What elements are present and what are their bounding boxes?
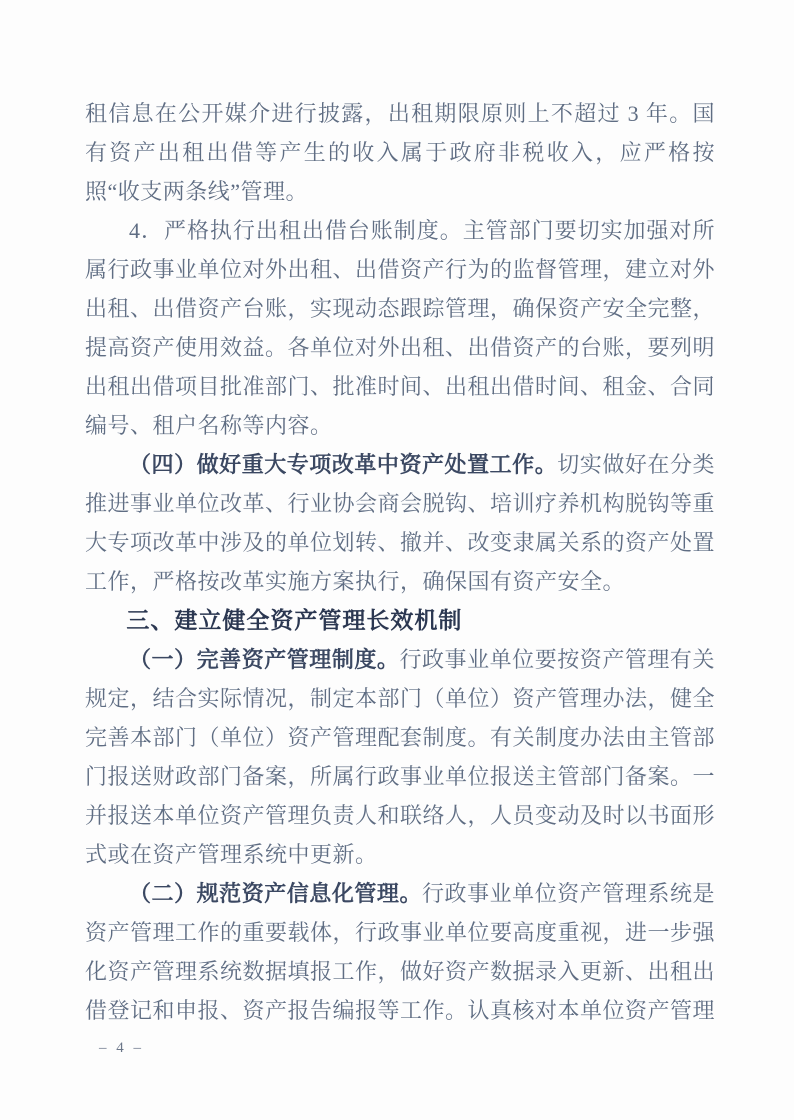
document-page: 租信息在公开媒介进行披露，出租期限原则上不超过 3 年。国有资产出租出借等产生的… bbox=[0, 0, 794, 1120]
paragraph-item-2-information-management: （二）规范资产信息化管理。行政事业单位资产管理系统是资产管理工作的重要载体，行政… bbox=[85, 874, 715, 1030]
paragraph-text: 行政事业单位要按资产管理有关规定，结合实际情况，制定本部门（单位）资产管理办法，… bbox=[85, 647, 715, 867]
paragraph-section-4-asset-disposal: （四）做好重大专项改革中资产处置工作。切实做好在分类推进事业单位改革、行业协会商… bbox=[85, 445, 715, 601]
paragraph-lease-income-continuation: 租信息在公开媒介进行披露，出租期限原则上不超过 3 年。国有资产出租出借等产生的… bbox=[85, 94, 715, 211]
paragraph-item-1-management-rules: （一）完善资产管理制度。行政事业单位要按资产管理有关规定，结合实际情况，制定本部… bbox=[85, 640, 715, 874]
paragraph-text: 4．严格执行出租出借台账制度。主管部门要切实加强对所属行政事业单位对外出租、出借… bbox=[85, 218, 715, 438]
page-footer: – 4 – bbox=[99, 1038, 144, 1058]
section-heading-3: 三、建立健全资产管理长效机制 bbox=[85, 601, 715, 640]
paragraph-bold-lead: （一）完善资产管理制度。 bbox=[129, 647, 399, 672]
paragraph-item-4-ledger-system: 4．严格执行出租出借台账制度。主管部门要切实加强对所属行政事业单位对外出租、出借… bbox=[85, 211, 715, 445]
paragraph-bold-lead: （二）规范资产信息化管理。 bbox=[129, 881, 422, 906]
document-body: 租信息在公开媒介进行披露，出租期限原则上不超过 3 年。国有资产出租出借等产生的… bbox=[85, 94, 715, 1030]
paragraph-text: 租信息在公开媒介进行披露，出租期限原则上不超过 3 年。国有资产出租出借等产生的… bbox=[85, 101, 715, 204]
paragraph-bold-lead: （四）做好重大专项改革中资产处置工作。 bbox=[129, 452, 557, 477]
page-number: – 4 – bbox=[99, 1040, 144, 1056]
